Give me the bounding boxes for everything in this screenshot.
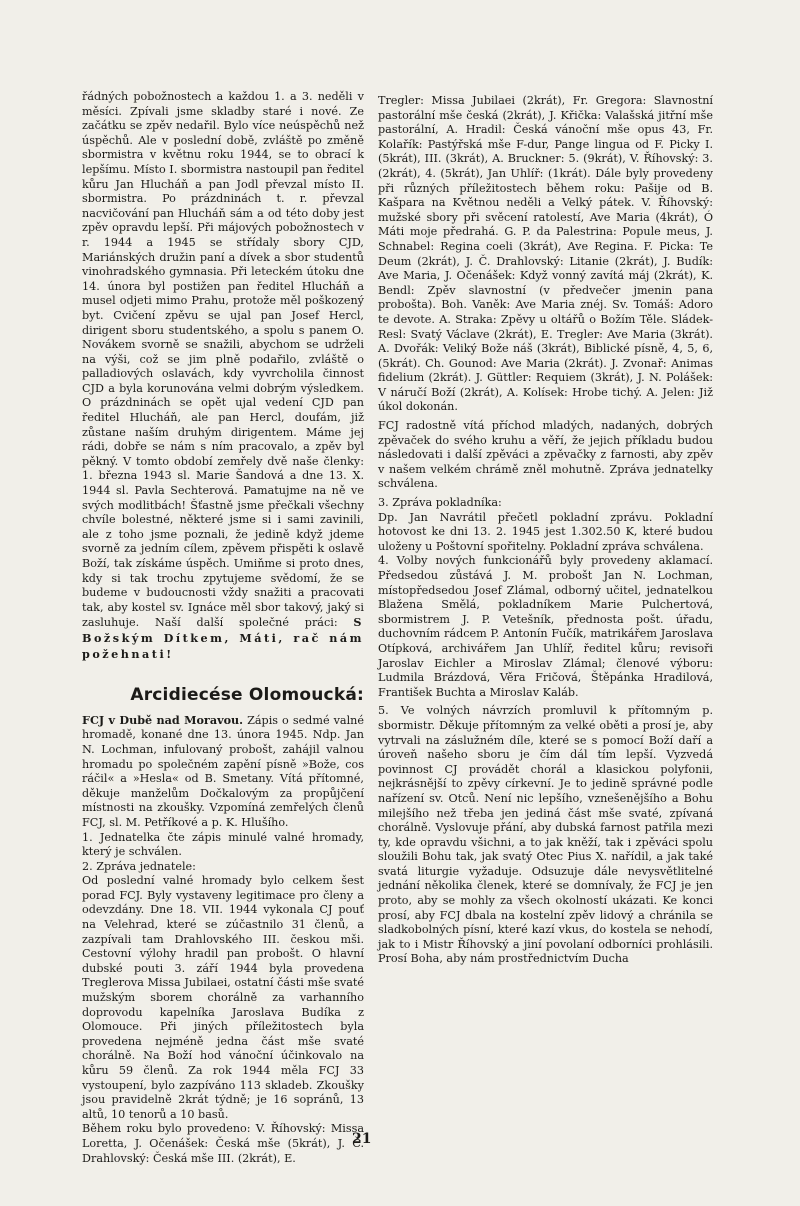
- paragraph-welcome-members: FCJ radostně vítá příchod mladých, nadan…: [378, 419, 713, 492]
- paragraph-repertoire-start: Během roku bylo provedeno: V. Říhovský: …: [82, 1122, 364, 1166]
- paragraph-item-2-heading: 2. Zpráva jednatele:: [82, 860, 364, 875]
- paragraph-text: Zápis o sedmé valné hromadě, konané dne …: [82, 714, 364, 829]
- paragraph-choir-history: řádných pobožnostech a každou 1. a 3. ne…: [82, 90, 364, 662]
- left-column: řádných pobožnostech a každou 1. a 3. ne…: [82, 90, 364, 1166]
- paragraph-repertoire-list: Tregler: Missa Jubilaei (2krát), Fr. Gre…: [378, 94, 713, 415]
- paragraph-meeting-minutes: FCJ v Dubě nad Moravou. Zápis o sedmé va…: [82, 713, 364, 831]
- paragraph-item-1: 1. Jednatelka čte zápis minulé valné hro…: [82, 831, 364, 860]
- page-number: 21: [352, 1131, 371, 1147]
- section-heading: Arcidiecése Olomoucká:: [82, 688, 364, 703]
- place-name: FCJ v Dubě nad Moravou.: [82, 713, 243, 727]
- paragraph-elections: 4. Volby nových funkcionářů byly provede…: [378, 554, 713, 700]
- paragraph-secretary-report: Od poslední valné hromady bylo celkem še…: [82, 874, 364, 1122]
- paragraph-proposals: 5. Ve volných návrzích promluvil k příto…: [378, 704, 713, 967]
- paragraph-treasurer-report: Dp. Jan Navrátil přečetl pokladní zprávu…: [378, 511, 713, 555]
- paragraph-text: řádných pobožnostech a každou 1. a 3. ne…: [82, 90, 364, 629]
- right-column: Tregler: Missa Jubilaei (2krát), Fr. Gre…: [378, 94, 713, 967]
- paragraph-item-3-heading: 3. Zpráva pokladníka:: [378, 496, 713, 511]
